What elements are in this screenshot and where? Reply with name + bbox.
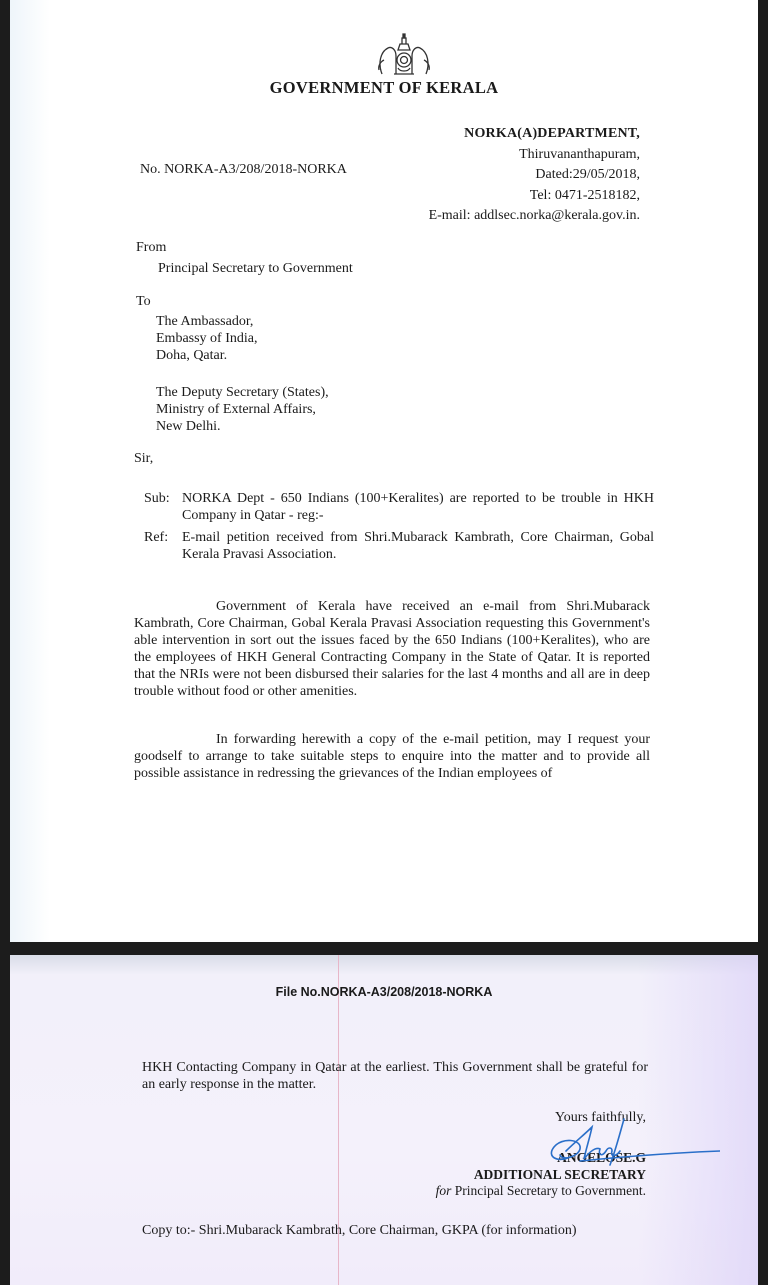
reference-line: Ref: E-mail petition received from Shri.…: [144, 529, 654, 563]
recipient-deputy-secretary: The Deputy Secretary (States), Ministry …: [156, 384, 329, 435]
from-value: Principal Secretary to Government: [158, 261, 353, 277]
for-prefix: for: [436, 1183, 452, 1198]
letter-page-2: File No.NORKA-A3/208/2018-NORKA HKH Cont…: [10, 955, 758, 1285]
paragraph-text: Government of Kerala have received an e-…: [134, 599, 650, 699]
kerala-emblem-icon: [372, 30, 436, 78]
letter-date: Dated:29/05/2018,: [429, 165, 640, 186]
subject-label: Sub:: [144, 490, 182, 524]
from-label: From: [136, 240, 166, 256]
letter-page-1: GOVERNMENT OF KERALA NORKA(A)DEPARTMENT,…: [10, 0, 758, 942]
department-city: Thiruvananthapuram,: [429, 145, 640, 166]
to-label: To: [136, 294, 151, 310]
file-number: No. NORKA-A3/208/2018-NORKA: [140, 162, 347, 178]
government-title: GOVERNMENT OF KERALA: [10, 78, 758, 98]
address-line: Ministry of External Affairs,: [156, 401, 329, 418]
body-paragraph-1: Government of Kerala have received an e-…: [134, 598, 650, 700]
address-line: Embassy of India,: [156, 330, 257, 347]
salutation: Sir,: [134, 451, 153, 467]
department-name: NORKA(A)DEPARTMENT,: [429, 124, 640, 145]
address-line: The Deputy Secretary (States),: [156, 384, 329, 401]
address-line: Doha, Qatar.: [156, 347, 257, 364]
address-line: The Ambassador,: [156, 313, 257, 330]
telephone: Tel: 0471-2518182,: [429, 186, 640, 207]
reference-label: Ref:: [144, 529, 182, 563]
department-address-block: NORKA(A)DEPARTMENT, Thiruvananthapuram, …: [429, 124, 640, 227]
paragraph-text: In forwarding herewith a copy of the e-m…: [134, 732, 650, 781]
address-line: New Delhi.: [156, 418, 329, 435]
subject-line: Sub: NORKA Dept - 650 Indians (100+Keral…: [144, 490, 654, 524]
subject-text: NORKA Dept - 650 Indians (100+Keralites)…: [182, 490, 654, 524]
body-paragraph-2: In forwarding herewith a copy of the e-m…: [134, 731, 650, 782]
body-paragraph-continuation: HKH Contacting Company in Qatar at the e…: [142, 1059, 648, 1093]
reference-text: E-mail petition received from Shri.Mubar…: [182, 529, 654, 563]
on-behalf-of-text: Principal Secretary to Government.: [455, 1183, 646, 1198]
file-number-header: File No.NORKA-A3/208/2018-NORKA: [10, 985, 758, 999]
recipient-ambassador: The Ambassador, Embassy of India, Doha, …: [156, 313, 257, 364]
copy-to-line: Copy to:- Shri.Mubarack Kambrath, Core C…: [142, 1223, 577, 1239]
signatory-on-behalf-of: for Principal Secretary to Government.: [436, 1183, 646, 1200]
email-address: E-mail: addlsec.norka@kerala.gov.in.: [429, 206, 640, 227]
signature-icon: [540, 1117, 720, 1177]
